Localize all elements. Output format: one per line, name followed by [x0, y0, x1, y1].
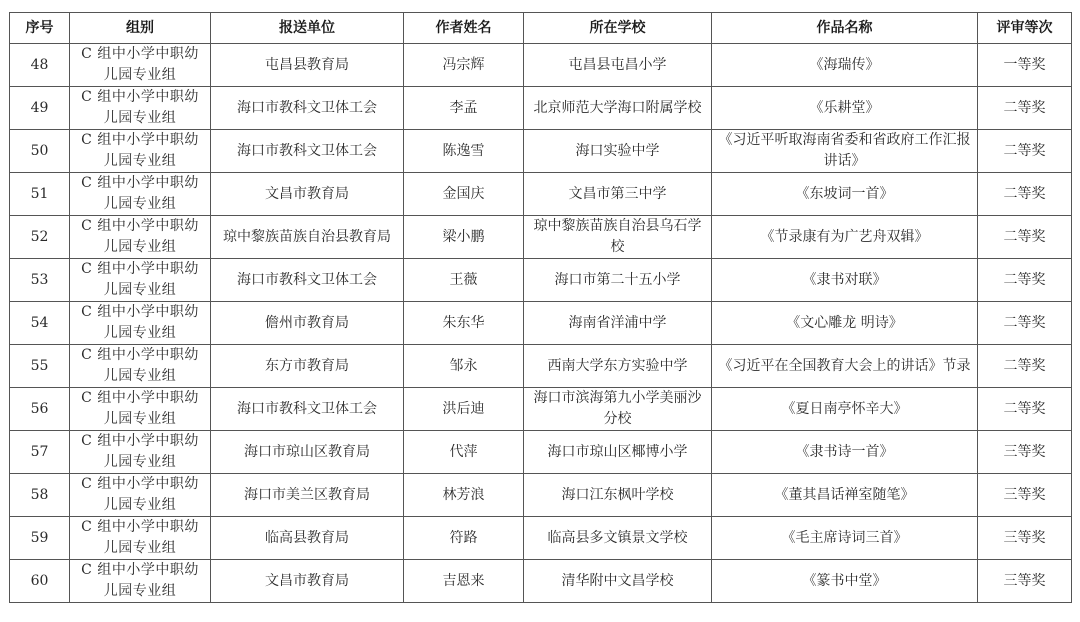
header-author: 作者姓名 — [404, 13, 524, 44]
cell-work: 《夏日南亭怀辛大》 — [712, 388, 978, 431]
cell-work: 《隶书诗一首》 — [712, 431, 978, 474]
cell-award: 二等奖 — [978, 216, 1072, 259]
cell-group: C 组中小学中职幼儿园专业组 — [70, 130, 211, 173]
cell-unit: 文昌市教育局 — [211, 560, 404, 603]
cell-no: 50 — [10, 130, 70, 173]
cell-school: 海口市第二十五小学 — [524, 259, 712, 302]
cell-work: 《海瑞传》 — [712, 44, 978, 87]
cell-school: 海口市琼山区椰博小学 — [524, 431, 712, 474]
cell-no: 53 — [10, 259, 70, 302]
table-row: 51 C 组中小学中职幼儿园专业组 文昌市教育局 金国庆 文昌市第三中学 《东坡… — [10, 173, 1072, 216]
table-row: 54 C 组中小学中职幼儿园专业组 儋州市教育局 朱东华 海南省洋浦中学 《文心… — [10, 302, 1072, 345]
cell-award: 二等奖 — [978, 87, 1072, 130]
cell-group: C 组中小学中职幼儿园专业组 — [70, 44, 211, 87]
cell-unit: 屯昌县教育局 — [211, 44, 404, 87]
cell-school: 临高县多文镇景文学校 — [524, 517, 712, 560]
cell-unit: 海口市教科文卫体工会 — [211, 259, 404, 302]
cell-work: 《篆书中堂》 — [712, 560, 978, 603]
cell-author: 陈逸雪 — [404, 130, 524, 173]
cell-no: 56 — [10, 388, 70, 431]
cell-school: 海口实验中学 — [524, 130, 712, 173]
cell-no: 51 — [10, 173, 70, 216]
cell-group: C 组中小学中职幼儿园专业组 — [70, 517, 211, 560]
cell-no: 52 — [10, 216, 70, 259]
header-group: 组别 — [70, 13, 211, 44]
table-row: 57 C 组中小学中职幼儿园专业组 海口市琼山区教育局 代萍 海口市琼山区椰博小… — [10, 431, 1072, 474]
cell-group: C 组中小学中职幼儿园专业组 — [70, 259, 211, 302]
cell-award: 二等奖 — [978, 130, 1072, 173]
cell-no: 54 — [10, 302, 70, 345]
cell-author: 邹永 — [404, 345, 524, 388]
cell-unit: 琼中黎族苗族自治县教育局 — [211, 216, 404, 259]
cell-group: C 组中小学中职幼儿园专业组 — [70, 474, 211, 517]
cell-author: 冯宗辉 — [404, 44, 524, 87]
cell-no: 60 — [10, 560, 70, 603]
cell-author: 李孟 — [404, 87, 524, 130]
cell-author: 金国庆 — [404, 173, 524, 216]
cell-no: 55 — [10, 345, 70, 388]
cell-award: 一等奖 — [978, 44, 1072, 87]
cell-school: 海口江东枫叶学校 — [524, 474, 712, 517]
cell-group: C 组中小学中职幼儿园专业组 — [70, 87, 211, 130]
cell-unit: 临高县教育局 — [211, 517, 404, 560]
table-row: 59 C 组中小学中职幼儿园专业组 临高县教育局 符路 临高县多文镇景文学校 《… — [10, 517, 1072, 560]
cell-unit: 海口市琼山区教育局 — [211, 431, 404, 474]
cell-school: 海口市滨海第九小学美丽沙分校 — [524, 388, 712, 431]
table-row: 58 C 组中小学中职幼儿园专业组 海口市美兰区教育局 林芳浪 海口江东枫叶学校… — [10, 474, 1072, 517]
cell-group: C 组中小学中职幼儿园专业组 — [70, 216, 211, 259]
cell-award: 二等奖 — [978, 302, 1072, 345]
cell-unit: 海口市教科文卫体工会 — [211, 130, 404, 173]
cell-no: 59 — [10, 517, 70, 560]
cell-school: 文昌市第三中学 — [524, 173, 712, 216]
cell-unit: 海口市教科文卫体工会 — [211, 388, 404, 431]
cell-school: 海南省洋浦中学 — [524, 302, 712, 345]
header-work: 作品名称 — [712, 13, 978, 44]
cell-author: 王薇 — [404, 259, 524, 302]
cell-no: 49 — [10, 87, 70, 130]
cell-group: C 组中小学中职幼儿园专业组 — [70, 388, 211, 431]
table-row: 50 C 组中小学中职幼儿园专业组 海口市教科文卫体工会 陈逸雪 海口实验中学 … — [10, 130, 1072, 173]
cell-unit: 文昌市教育局 — [211, 173, 404, 216]
cell-school: 清华附中文昌学校 — [524, 560, 712, 603]
table-row: 49 C 组中小学中职幼儿园专业组 海口市教科文卫体工会 李孟 北京师范大学海口… — [10, 87, 1072, 130]
cell-unit: 东方市教育局 — [211, 345, 404, 388]
cell-author: 代萍 — [404, 431, 524, 474]
cell-group: C 组中小学中职幼儿园专业组 — [70, 431, 211, 474]
cell-work: 《隶书对联》 — [712, 259, 978, 302]
cell-work: 《节录康有为广艺舟双辑》 — [712, 216, 978, 259]
cell-group: C 组中小学中职幼儿园专业组 — [70, 302, 211, 345]
cell-author: 梁小鹏 — [404, 216, 524, 259]
header-school: 所在学校 — [524, 13, 712, 44]
cell-award: 三等奖 — [978, 560, 1072, 603]
header-row: 序号 组别 报送单位 作者姓名 所在学校 作品名称 评审等次 — [10, 13, 1072, 44]
cell-award: 三等奖 — [978, 431, 1072, 474]
table-row: 52 C 组中小学中职幼儿园专业组 琼中黎族苗族自治县教育局 梁小鹏 琼中黎族苗… — [10, 216, 1072, 259]
cell-unit: 海口市教科文卫体工会 — [211, 87, 404, 130]
table-row: 60 C 组中小学中职幼儿园专业组 文昌市教育局 吉恩来 清华附中文昌学校 《篆… — [10, 560, 1072, 603]
cell-author: 朱东华 — [404, 302, 524, 345]
cell-school: 屯昌县屯昌小学 — [524, 44, 712, 87]
table-row: 56 C 组中小学中职幼儿园专业组 海口市教科文卫体工会 洪后迪 海口市滨海第九… — [10, 388, 1072, 431]
cell-author: 洪后迪 — [404, 388, 524, 431]
table-row: 55 C 组中小学中职幼儿园专业组 东方市教育局 邹永 西南大学东方实验中学 《… — [10, 345, 1072, 388]
cell-unit: 儋州市教育局 — [211, 302, 404, 345]
cell-group: C 组中小学中职幼儿园专业组 — [70, 173, 211, 216]
cell-school: 北京师范大学海口附属学校 — [524, 87, 712, 130]
cell-author: 吉恩来 — [404, 560, 524, 603]
table-row: 53 C 组中小学中职幼儿园专业组 海口市教科文卫体工会 王薇 海口市第二十五小… — [10, 259, 1072, 302]
cell-award: 三等奖 — [978, 474, 1072, 517]
cell-author: 林芳浪 — [404, 474, 524, 517]
cell-no: 58 — [10, 474, 70, 517]
cell-school: 西南大学东方实验中学 — [524, 345, 712, 388]
cell-school: 琼中黎族苗族自治县乌石学校 — [524, 216, 712, 259]
cell-work: 《习近平在全国教育大会上的讲话》节录 — [712, 345, 978, 388]
cell-work: 《文心雕龙 明诗》 — [712, 302, 978, 345]
cell-group: C 组中小学中职幼儿园专业组 — [70, 345, 211, 388]
header-award: 评审等次 — [978, 13, 1072, 44]
cell-award: 二等奖 — [978, 173, 1072, 216]
cell-work: 《董其昌话禅室随笔》 — [712, 474, 978, 517]
cell-award: 二等奖 — [978, 388, 1072, 431]
cell-award: 二等奖 — [978, 259, 1072, 302]
cell-no: 48 — [10, 44, 70, 87]
table-row: 48 C 组中小学中职幼儿园专业组 屯昌县教育局 冯宗辉 屯昌县屯昌小学 《海瑞… — [10, 44, 1072, 87]
awards-table: 序号 组别 报送单位 作者姓名 所在学校 作品名称 评审等次 48 C 组中小学… — [9, 12, 1072, 603]
cell-award: 三等奖 — [978, 517, 1072, 560]
cell-no: 57 — [10, 431, 70, 474]
header-no: 序号 — [10, 13, 70, 44]
cell-work: 《东坡词一首》 — [712, 173, 978, 216]
cell-work: 《习近平听取海南省委和省政府工作汇报讲话》 — [712, 130, 978, 173]
cell-author: 符路 — [404, 517, 524, 560]
cell-unit: 海口市美兰区教育局 — [211, 474, 404, 517]
cell-award: 二等奖 — [978, 345, 1072, 388]
cell-group: C 组中小学中职幼儿园专业组 — [70, 560, 211, 603]
header-unit: 报送单位 — [211, 13, 404, 44]
cell-work: 《乐耕堂》 — [712, 87, 978, 130]
cell-work: 《毛主席诗词三首》 — [712, 517, 978, 560]
